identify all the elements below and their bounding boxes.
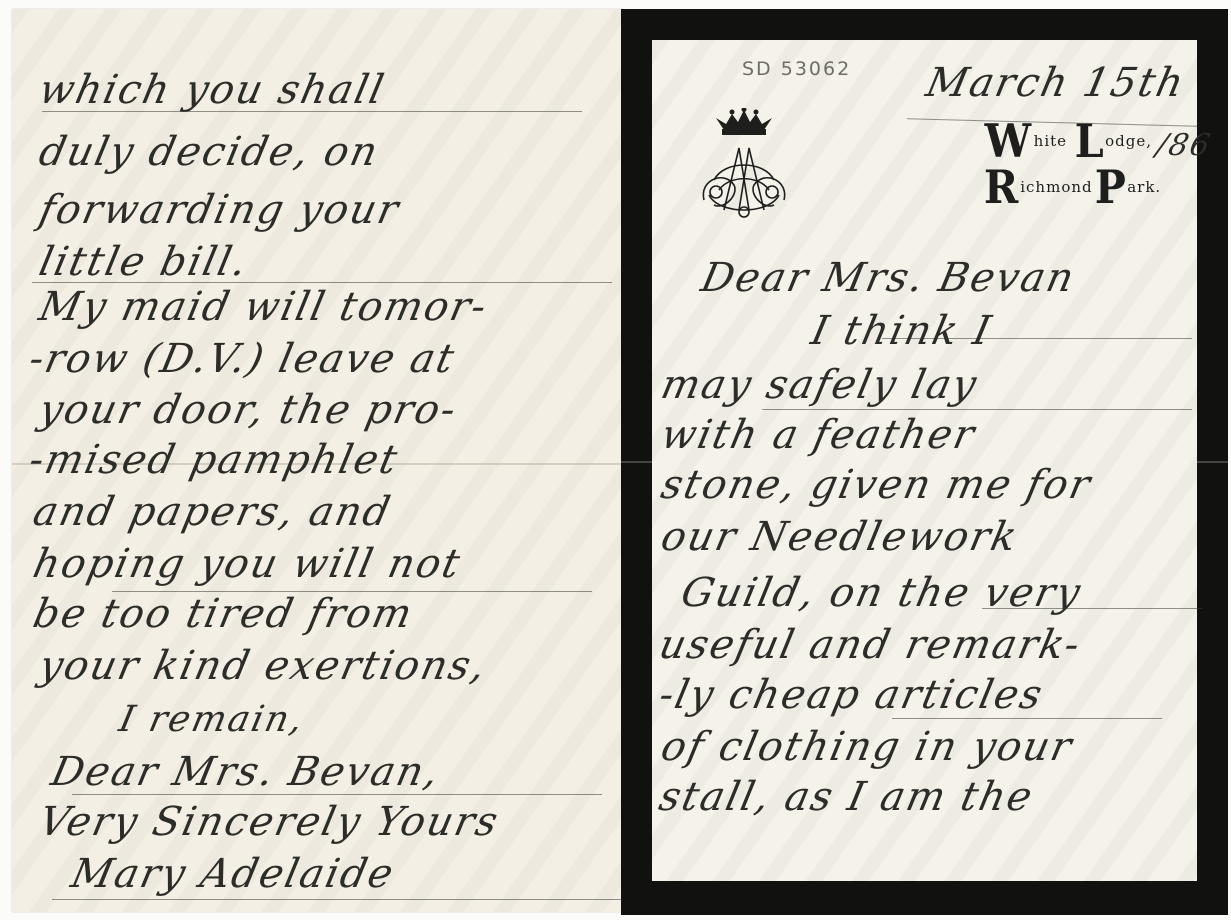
letterhead-line-2: RichmondPark. — [982, 164, 1161, 210]
handwritten-line: -mised pamphlet — [25, 437, 403, 483]
mourning-border-inner-area: SD 53062 March 15th — [652, 40, 1197, 881]
signature: Mary Adelaide — [67, 851, 399, 897]
handwritten-line: forwarding your — [35, 187, 404, 233]
letterhead-address: White Lodge, RichmondPark. — [982, 118, 1172, 228]
year: /86 — [1153, 128, 1215, 163]
handwritten-line: My maid will tomor- — [35, 284, 492, 330]
handwritten-line: useful and remark- — [655, 622, 1085, 668]
letter-left-page: which you shall duly decide, on forwardi… — [12, 9, 623, 912]
ink-underline — [42, 111, 582, 112]
handwritten-line: be too tired from — [29, 591, 418, 637]
archive-number: SD 53062 — [742, 58, 851, 80]
handwritten-line: stone, given me for — [657, 462, 1096, 508]
handwritten-closing: I remain, — [116, 699, 309, 740]
handwritten-line: little bill. — [35, 239, 252, 285]
ink-underline — [72, 794, 602, 795]
letterhead-line-1: White Lodge, — [982, 118, 1152, 164]
ink-underline — [982, 608, 1202, 609]
handwritten-line: with a feather — [657, 412, 980, 458]
handwritten-line: your door, the pro- — [35, 387, 462, 433]
handwritten-line: your kind exertions, — [35, 643, 491, 689]
handwritten-line: may safely lay — [657, 362, 982, 408]
ink-underline — [762, 409, 1192, 410]
handwritten-line: hoping you will not — [29, 541, 466, 587]
handwritten-salutation: Dear Mrs. Bevan — [697, 255, 1080, 301]
handwritten-line: I think I — [807, 308, 996, 354]
ink-underline — [32, 282, 612, 283]
signature-underline — [52, 899, 622, 900]
handwritten-line: duly decide, on — [35, 129, 383, 175]
handwritten-line: stall, as I am the — [655, 774, 1038, 820]
handwritten-line: -row (D.V.) leave at — [25, 336, 460, 382]
handwritten-salutation: Dear Mrs. Bevan, — [47, 749, 444, 795]
handwritten-line: which you shall — [35, 67, 389, 113]
handwritten-line: -ly cheap articles — [655, 672, 1048, 718]
handwritten-line: our Needlework — [657, 514, 1023, 560]
ink-underline — [892, 718, 1162, 719]
date: March 15th — [922, 60, 1189, 106]
handwritten-line: of clothing in your — [657, 724, 1077, 770]
handwritten-line: and papers, and — [29, 489, 396, 535]
handwritten-valediction: Very Sincerely Yours — [35, 799, 503, 845]
monogram-crest-icon — [694, 140, 794, 220]
coronet-icon — [712, 108, 776, 136]
handwritten-line: Guild, on the very — [677, 570, 1086, 616]
letter-right-page: SD 53062 March 15th — [621, 9, 1228, 915]
